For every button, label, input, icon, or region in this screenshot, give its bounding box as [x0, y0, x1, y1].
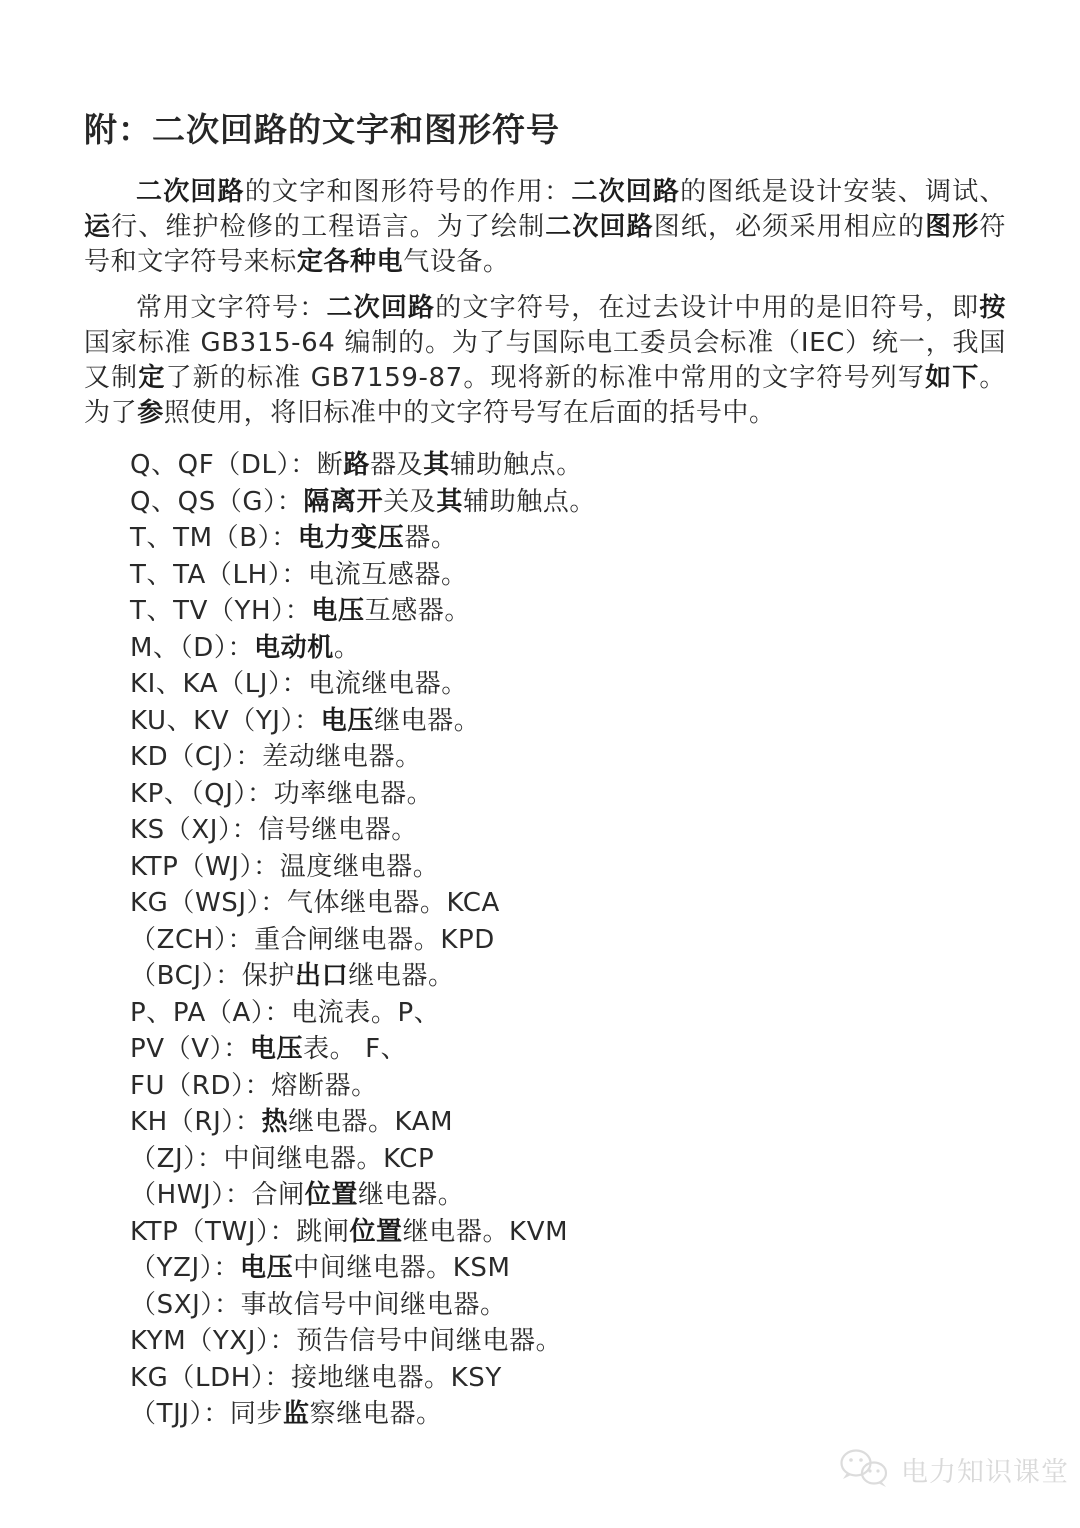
text-run: （SXJ）：事故信号中间继电器。: [130, 1290, 507, 1320]
text-run: 继电器。KAM: [288, 1107, 453, 1137]
text-run: 照使用，将旧标准中的文字符号写在后面的括号中。: [164, 398, 776, 428]
text-run: 热: [262, 1107, 289, 1137]
text-run: KP、（QJ）：功率继电器。: [130, 779, 433, 809]
symbol-list-item: KTP（WJ）：温度继电器。: [130, 849, 1006, 886]
symbol-list-item: Q、QF（DL）：断路器及其辅助触点。: [130, 447, 1006, 484]
text-run: T、TM（B）：: [130, 523, 298, 553]
watermark: 电力知识课堂: [838, 1447, 1069, 1491]
text-run: 电力变压: [298, 523, 404, 553]
text-run: P、PA（A）：电流表。P、: [130, 998, 440, 1028]
text-run: 继电器。: [348, 961, 454, 991]
text-run: 继电器。: [374, 706, 480, 736]
text-run: 关及: [383, 487, 436, 517]
text-run: （ZCH）：重合闸继电器。KPD: [130, 925, 495, 955]
text-run: 辅助触点。: [450, 450, 583, 480]
symbol-list-item: KTP（TWJ）：跳闸位置继电器。KVM: [130, 1214, 1006, 1251]
text-run: 图纸，必须采用相应的: [654, 212, 925, 242]
paragraph: 常用文字符号：二次回路的文字符号，在过去设计中用的是旧符号，即按国家标准 GB3…: [84, 291, 1006, 431]
intro-paragraphs: 二次回路的文字和图形符号的作用：二次回路的图纸是设计安装、调试、运行、维护检修的…: [84, 175, 1006, 431]
symbol-list-item: T、TA（LH）：电流互感器。: [130, 557, 1006, 594]
text-run: 定: [138, 363, 165, 393]
text-run: 器。: [404, 523, 457, 553]
text-run: 的文字和图形符号的作用：: [245, 177, 571, 207]
symbol-list-item: Q、QS（G）：隔离开关及其辅助触点。: [130, 484, 1006, 521]
text-run: FU（RD）：熔断器。: [130, 1071, 378, 1101]
text-run: 其: [423, 450, 450, 480]
symbol-list-item: （SXJ）：事故信号中间继电器。: [130, 1287, 1006, 1324]
symbol-list-item: FU（RD）：熔断器。: [130, 1068, 1006, 1105]
symbol-list-item: （ZJ）：中间继电器。KCP: [130, 1141, 1006, 1178]
text-run: （YZJ）：: [130, 1253, 240, 1283]
text-run: （BCJ）：保护: [130, 961, 295, 991]
text-run: KS（XJ）：信号继电器。: [130, 815, 418, 845]
text-run: 。: [334, 633, 361, 663]
text-run: （TJJ）：同步: [130, 1399, 283, 1429]
text-run: 中间继电器。KSM: [293, 1253, 510, 1283]
text-run: 电动机: [254, 633, 334, 663]
text-run: Q、QF（DL）：断: [130, 450, 343, 480]
symbol-list-item: （BCJ）：保护出口继电器。: [130, 958, 1006, 995]
page-title: 附：二次回路的文字和图形符号: [84, 104, 1006, 151]
text-run: KD（CJ）：差动继电器。: [130, 742, 422, 772]
document-page: 附：二次回路的文字和图形符号 二次回路的文字和图形符号的作用：二次回路的图纸是设…: [84, 104, 1006, 1433]
symbol-list-item: KG（LDH）：接地继电器。KSY: [130, 1360, 1006, 1397]
text-run: 表。 F、: [303, 1034, 407, 1064]
symbol-list-item: PV（V）：电压表。 F、: [130, 1031, 1006, 1068]
symbol-list-item: KU、KV（YJ）：电压继电器。: [130, 703, 1006, 740]
text-run: KTP（WJ）：温度继电器。: [130, 852, 439, 882]
symbol-list-item: T、TM（B）：电力变压器。: [130, 520, 1006, 557]
text-run: （ZJ）：中间继电器。KCP: [130, 1144, 434, 1174]
text-run: 常用文字符号：: [136, 293, 326, 323]
text-run: 继电器。: [358, 1180, 464, 1210]
text-run: 辅助触点。: [463, 487, 596, 517]
text-run: 位置: [349, 1217, 402, 1247]
text-run: 气设备。: [403, 247, 509, 277]
symbol-list-item: KS（XJ）：信号继电器。: [130, 812, 1006, 849]
symbol-list-item: KI、KA（LJ）：电流继电器。: [130, 666, 1006, 703]
text-run: 行、维护检修的工程语言。为了绘制: [111, 212, 545, 242]
symbol-list-item: KYM（YXJ）：预告信号中间继电器。: [130, 1323, 1006, 1360]
text-run: 如下: [925, 363, 979, 393]
text-run: 二次回路: [545, 212, 654, 242]
symbol-list-item: KG（WSJ）：气体继电器。KCA: [130, 885, 1006, 922]
symbol-list-item: T、TV（YH）：电压互感器。: [130, 593, 1006, 630]
text-run: 出口: [295, 961, 348, 991]
text-run: KU、KV（YJ）：: [130, 706, 321, 736]
text-run: 按: [979, 293, 1006, 323]
text-run: 二次回路: [571, 177, 680, 207]
text-run: 参: [137, 398, 164, 428]
text-run: 继电器。KVM: [403, 1217, 568, 1247]
text-run: PV（V）：: [130, 1034, 250, 1064]
text-run: KTP（TWJ）：跳闸: [130, 1217, 349, 1247]
symbol-list-item: （ZCH）：重合闸继电器。KPD: [130, 922, 1006, 959]
text-run: 察继电器。: [310, 1399, 443, 1429]
text-run: 电压: [250, 1034, 303, 1064]
text-run: KG（LDH）：接地继电器。KSY: [130, 1363, 502, 1393]
text-run: 电压: [321, 706, 374, 736]
text-run: 监: [283, 1399, 310, 1429]
text-run: 器及: [370, 450, 423, 480]
text-run: KG（WSJ）：气体继电器。KCA: [130, 888, 500, 918]
text-run: 图形: [925, 212, 979, 242]
watermark-text: 电力知识课堂: [901, 1450, 1069, 1489]
text-run: KI、KA（LJ）：电流继电器。: [130, 669, 468, 699]
text-run: KH（RJ）：: [130, 1107, 262, 1137]
symbol-list-item: KH（RJ）：热继电器。KAM: [130, 1104, 1006, 1141]
symbol-list-item: M、（D）：电动机。: [130, 630, 1006, 667]
text-run: 互感器。: [365, 596, 471, 626]
text-run: 运: [84, 212, 111, 242]
paragraph: 二次回路的文字和图形符号的作用：二次回路的图纸是设计安装、调试、运行、维护检修的…: [84, 175, 1006, 280]
text-run: 其: [436, 487, 463, 517]
text-run: 的图纸是设计安装、调试、: [680, 177, 1006, 207]
text-run: 电压: [240, 1253, 293, 1283]
text-run: M、（D）：: [130, 633, 254, 663]
text-run: （HWJ）：合闸: [130, 1180, 305, 1210]
symbol-list-item: （YZJ）：电压中间继电器。KSM: [130, 1250, 1006, 1287]
text-run: 的文字符号，在过去设计中用的是旧符号，即: [435, 293, 979, 323]
text-run: T、TA（LH）：电流互感器。: [130, 560, 468, 590]
text-run: 位置: [305, 1180, 358, 1210]
symbol-list-item: KP、（QJ）：功率继电器。: [130, 776, 1006, 813]
symbol-list-item: KD（CJ）：差动继电器。: [130, 739, 1006, 776]
symbol-list-item: P、PA（A）：电流表。P、: [130, 995, 1006, 1032]
text-run: 二次回路: [136, 177, 245, 207]
symbol-list-item: （TJJ）：同步监察继电器。: [130, 1396, 1006, 1433]
text-run: 二次回路: [326, 293, 435, 323]
text-run: 隔离开: [303, 487, 383, 517]
text-run: T、TV（YH）：: [130, 596, 311, 626]
symbol-list-item: （HWJ）：合闸位置继电器。: [130, 1177, 1006, 1214]
text-run: 路: [343, 450, 370, 480]
text-run: 了新的标准 GB7159-87。现将新的标准中常用的文字符号列写: [166, 363, 926, 393]
text-run: Q、QS（G）：: [130, 487, 303, 517]
text-run: 定各种电: [297, 247, 403, 277]
wechat-icon: [838, 1447, 892, 1491]
text-run: 电压: [311, 596, 364, 626]
symbol-list: Q、QF（DL）：断路器及其辅助触点。Q、QS（G）：隔离开关及其辅助触点。T、…: [84, 447, 1006, 1433]
text-run: KYM（YXJ）：预告信号中间继电器。: [130, 1326, 562, 1356]
